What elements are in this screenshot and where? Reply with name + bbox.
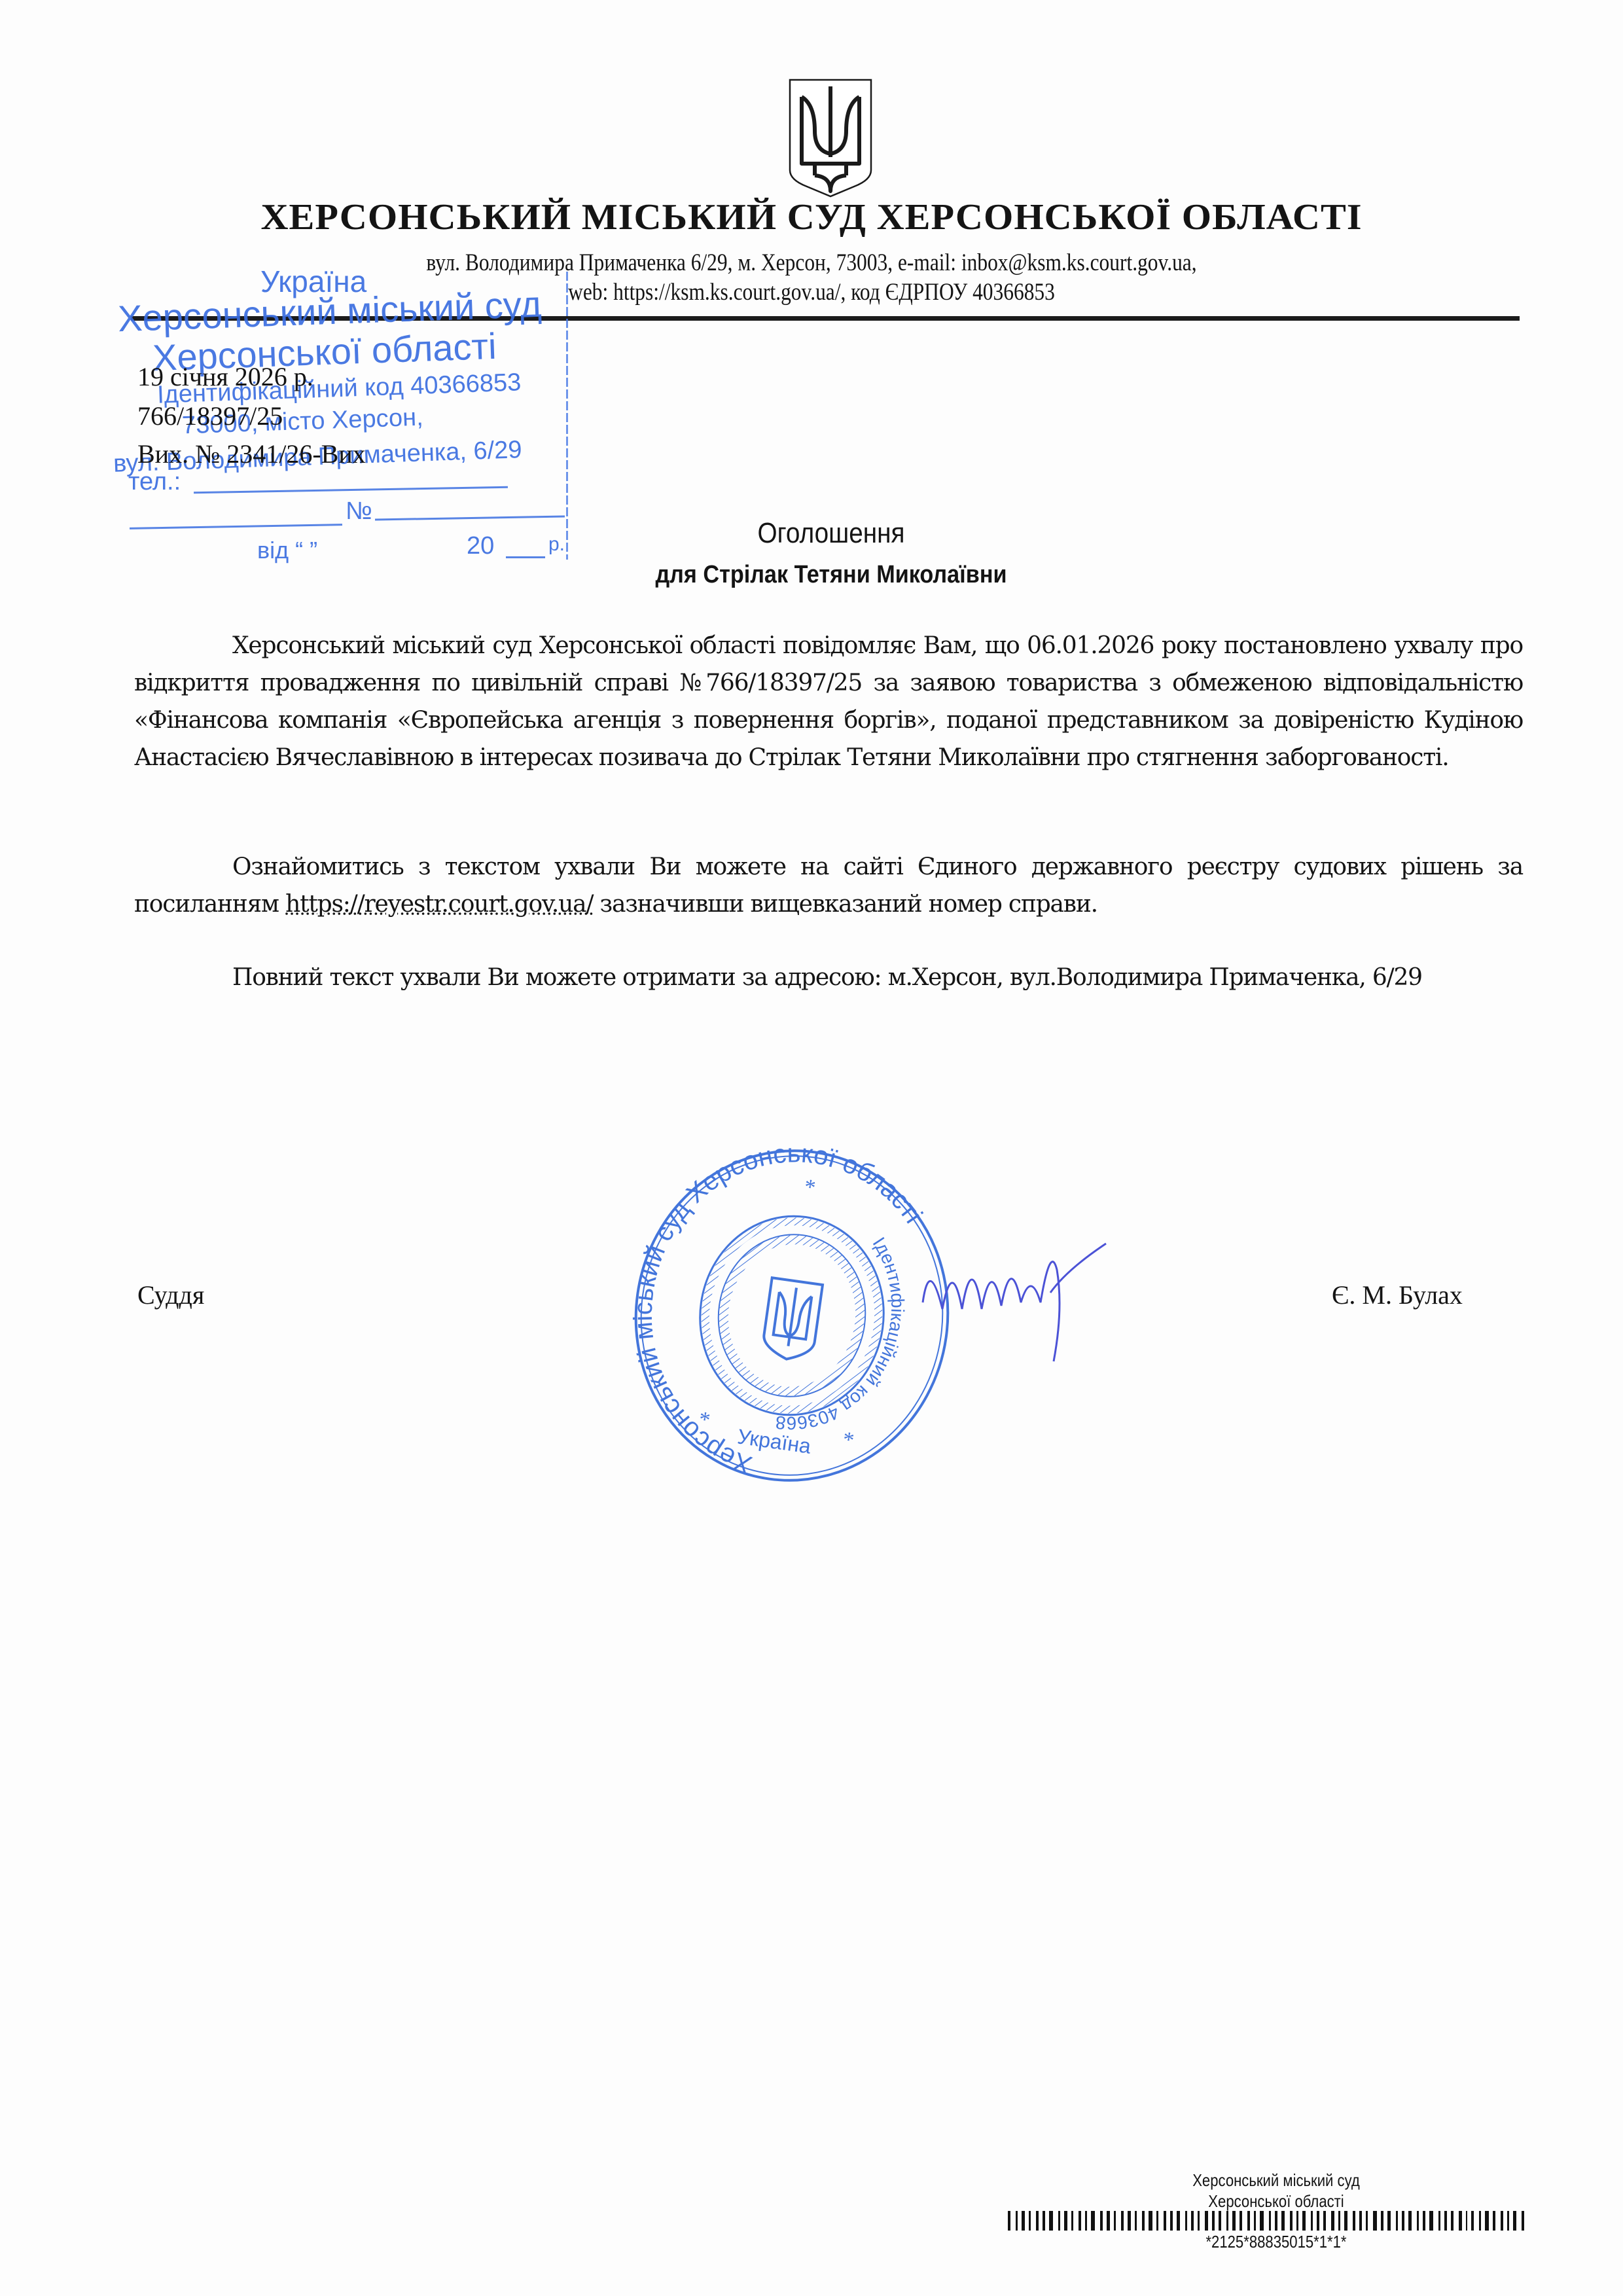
barcode-bar bbox=[1128, 2211, 1131, 2231]
barcode-bar bbox=[1269, 2211, 1271, 2231]
barcode-bar bbox=[1100, 2211, 1103, 2231]
barcode-bar bbox=[1459, 2211, 1462, 2231]
barcode-bar bbox=[1513, 2211, 1516, 2231]
judge-signature bbox=[916, 1230, 1113, 1381]
barcode-bar bbox=[1479, 2211, 1481, 2231]
body-paragraph-registry: Ознайомитись з текстом ухвали Ви можете … bbox=[134, 848, 1523, 923]
outgoing-number: Вих. № 2341/26-Вих bbox=[137, 439, 366, 469]
barcode-bar bbox=[1212, 2211, 1215, 2231]
barcode-bar bbox=[1507, 2211, 1509, 2231]
barcode-bar bbox=[1408, 2211, 1412, 2231]
barcode-bar bbox=[1353, 2211, 1355, 2231]
barcode-bar bbox=[1522, 2211, 1524, 2231]
barcode-bar bbox=[1029, 2211, 1031, 2231]
barcode-bar bbox=[1240, 2211, 1242, 2231]
barcode-bar bbox=[1064, 2211, 1067, 2231]
court-title: ХЕРСОНСЬКИЙ МІСЬКИЙ СУД ХЕРСОНСЬКОЇ ОБЛА… bbox=[0, 196, 1623, 238]
barcode-bar bbox=[1423, 2211, 1425, 2231]
barcode-org-line-1: Херсонський міський суд bbox=[1026, 2170, 1527, 2191]
barcode-bar bbox=[1043, 2211, 1045, 2231]
barcode-bar bbox=[1149, 2211, 1152, 2231]
barcode-bar bbox=[1247, 2211, 1250, 2231]
announcement-recipient: для Стрілак Тетяни Миколаївни bbox=[83, 561, 1579, 589]
barcode-bar bbox=[1296, 2211, 1298, 2231]
barcode-bar bbox=[1323, 2211, 1326, 2231]
document-barcode bbox=[1008, 2211, 1528, 2231]
barcode-bar bbox=[1198, 2211, 1200, 2231]
barcode-bar bbox=[1156, 2211, 1158, 2231]
barcode-bar bbox=[1226, 2211, 1228, 2231]
barcode-number: *2125*88835015*1*1* bbox=[1026, 2232, 1527, 2252]
barcode-bar bbox=[1191, 2211, 1194, 2231]
barcode-bar bbox=[1114, 2211, 1116, 2231]
barcode-bar bbox=[1016, 2211, 1018, 2231]
case-number: 766/18397/25 bbox=[137, 401, 283, 431]
svg-text:*: * bbox=[802, 1175, 817, 1200]
barcode-bar bbox=[1232, 2211, 1236, 2231]
barcode-bar bbox=[1107, 2211, 1110, 2231]
barcode-bar bbox=[1338, 2211, 1340, 2231]
barcode-bar bbox=[1311, 2211, 1313, 2231]
letter-date: 19 січня 2026 р. bbox=[137, 361, 313, 392]
barcode-bar bbox=[1036, 2211, 1039, 2231]
barcode-bar bbox=[1022, 2211, 1025, 2231]
barcode-bar bbox=[1205, 2211, 1209, 2231]
stamp-tel-line bbox=[194, 486, 508, 493]
barcode-bar bbox=[1493, 2211, 1495, 2231]
registry-text-after: зазначивши вищевказаний номер справи. bbox=[593, 891, 1097, 918]
barcode-bar bbox=[1387, 2211, 1391, 2231]
barcode-bar bbox=[1444, 2211, 1447, 2231]
barcode-bar bbox=[1121, 2211, 1124, 2231]
barcode-bar bbox=[1135, 2211, 1137, 2231]
body-paragraph-full-text: Повний текст ухвали Ви можете отримати з… bbox=[134, 959, 1523, 996]
barcode-bar bbox=[1331, 2211, 1335, 2231]
barcode-bar bbox=[1254, 2211, 1256, 2231]
judge-role-label: Суддя bbox=[137, 1280, 204, 1310]
barcode-bar bbox=[1164, 2211, 1166, 2231]
barcode-bar bbox=[1219, 2211, 1221, 2231]
stamp-border bbox=[566, 272, 568, 560]
ukraine-coat-of-arms-icon bbox=[789, 79, 872, 198]
barcode-bar bbox=[1290, 2211, 1293, 2231]
stamp-year-line bbox=[506, 556, 545, 558]
barcode-bar bbox=[1008, 2211, 1010, 2231]
barcode-bar bbox=[1185, 2211, 1187, 2231]
barcode-bar bbox=[1359, 2211, 1362, 2231]
barcode-bar bbox=[1071, 2211, 1074, 2231]
judge-name: Є. М. Булах bbox=[1332, 1280, 1463, 1310]
barcode-bar bbox=[1438, 2211, 1440, 2231]
court-seal-icon: Херсонський міський суд Херсонської обла… bbox=[628, 1142, 955, 1489]
registry-link[interactable]: https://reyestr.court.gov.ua/ bbox=[285, 891, 593, 918]
barcode-bar bbox=[1091, 2211, 1095, 2231]
barcode-bar bbox=[1317, 2211, 1319, 2231]
stamp-tel-label: тел.: bbox=[128, 468, 181, 496]
barcode-bar bbox=[1485, 2211, 1489, 2231]
barcode-bar bbox=[1373, 2211, 1377, 2231]
announcement-title: Оголошення bbox=[99, 517, 1562, 550]
barcode-bar bbox=[1344, 2211, 1347, 2231]
barcode-bar bbox=[1402, 2211, 1404, 2231]
barcode-bar bbox=[1451, 2211, 1454, 2231]
barcode-bar bbox=[1260, 2211, 1264, 2231]
svg-text:*: * bbox=[841, 1427, 855, 1453]
barcode-bar bbox=[1381, 2211, 1383, 2231]
barcode-bar bbox=[1417, 2211, 1419, 2231]
barcode-bar bbox=[1177, 2211, 1180, 2231]
barcode-bar bbox=[1170, 2211, 1173, 2231]
barcode-org-line-2: Херсонської області bbox=[1026, 2191, 1527, 2212]
barcode-bar bbox=[1501, 2211, 1503, 2231]
barcode-bar bbox=[1471, 2211, 1474, 2231]
barcode-bar bbox=[1058, 2211, 1060, 2231]
body-paragraph-notice: Херсонський міський суд Херсонської обла… bbox=[134, 627, 1523, 776]
barcode-bar bbox=[1049, 2211, 1053, 2231]
barcode-bar bbox=[1429, 2211, 1433, 2231]
barcode-bar bbox=[1085, 2211, 1087, 2231]
barcode-bar bbox=[1142, 2211, 1145, 2231]
barcode-bar bbox=[1275, 2211, 1277, 2231]
barcode-bar bbox=[1281, 2211, 1285, 2231]
barcode-bar bbox=[1396, 2211, 1398, 2231]
barcode-bar bbox=[1302, 2211, 1306, 2231]
barcode-bar bbox=[1079, 2211, 1081, 2231]
barcode-bar bbox=[1366, 2211, 1368, 2231]
barcode-bar bbox=[1466, 2211, 1468, 2231]
